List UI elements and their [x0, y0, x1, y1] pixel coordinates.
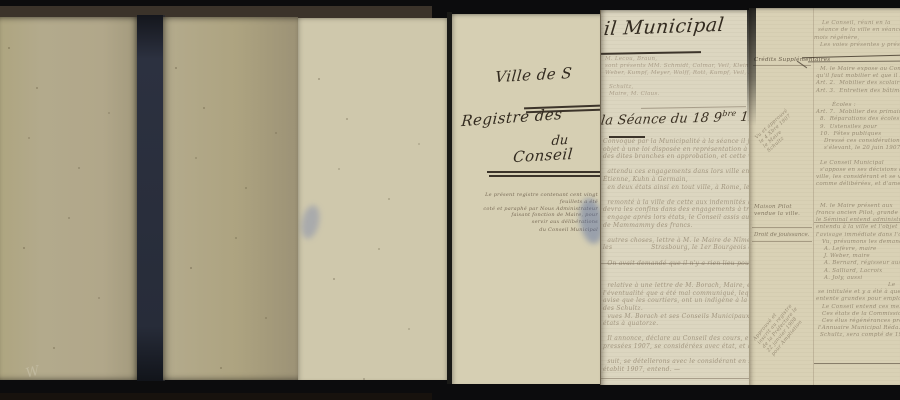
manuscript-line: objet à une loi disposée en représentati…: [603, 146, 749, 154]
manuscript-line: [816, 196, 900, 203]
section-rule: [601, 378, 749, 379]
manuscript-line: états à quatorze.: [603, 320, 749, 328]
manuscript-line: avise que les courtiers, ont un indigène…: [603, 297, 749, 305]
manuscript-line: [816, 188, 900, 195]
manuscript-line: Écoles :: [816, 102, 900, 109]
manuscript-line: A. Lefèvre, maire: [816, 246, 900, 253]
manuscript-line: [603, 252, 749, 260]
manuscript-line: [603, 275, 749, 283]
title-registre-line: Registre des: [461, 105, 563, 130]
margin-note-line: Maison Pilot: [754, 204, 812, 211]
manuscript-line: [603, 328, 749, 336]
manuscript-line: M. le Maire expose au Conseil: [816, 66, 900, 73]
paper-speckles: [8, 47, 10, 49]
manuscript-line: A. Salliard, Lacroix: [816, 268, 900, 275]
title-bottom-rule: [487, 171, 600, 173]
manuscript-line: Art. 2. Mobilier des scolaires: [816, 80, 900, 87]
page-flyleaf: [298, 18, 447, 380]
attendee-line: M. Lecou, Braun,: [605, 56, 747, 63]
seance-superscript: bre: [722, 109, 737, 118]
attendee-line: sont présents MM. Schmidt, Colmar, Veil,…: [605, 63, 747, 70]
manuscript-line: M. le Maire présent aux: [816, 203, 900, 210]
manuscript-line: autres choses, lettre à M. le Maire de N…: [603, 237, 749, 245]
title-bottom-rule: [489, 175, 600, 177]
margin-heading-underline: [753, 65, 811, 66]
manuscript-line: Ces états de la Commission: [816, 311, 900, 318]
minutes-opening-text: Le Conseil, réuni en la séance de la vil…: [810, 20, 900, 50]
title-conseil-line: Conseil: [512, 145, 573, 166]
manuscript-line: Schultz, sera compté de 1908 que.: [816, 332, 900, 339]
manuscript-line: Étienne, Kuhn à Germain,: [603, 176, 749, 184]
manuscript-line: qu'il faut mobilier et que il sera: [816, 73, 900, 80]
manuscript-line: attendu ces engagements dans lors ville …: [603, 168, 749, 176]
cover-scratch-mark: W: [24, 364, 41, 380]
manuscript-line: [603, 267, 749, 275]
diagonal-prefecture-note: Approuvé etinscrit au registrede la Préf…: [752, 298, 808, 357]
minutes-body-text: M. le Maire expose au Conseilqu'il faut …: [816, 66, 900, 340]
paper-speckles: [318, 78, 320, 80]
page-title-leaf: Ville de S Registre des du Conseil Le pr…: [452, 14, 600, 384]
manuscript-line: Art. 3. Entretien des bâtiments: [816, 88, 900, 95]
manuscript-line: comme délibérées, et d'amende: [816, 181, 900, 188]
certification-line: servir aux délibérations: [470, 219, 598, 227]
manuscript-line: l'avisage immédiate dans l'op.: [816, 232, 900, 239]
manuscript-line: Les voies présentes y présence: [810, 42, 900, 49]
manuscript-line: A. Joly, aussi: [816, 275, 900, 282]
manuscript-line: l'éventualité que a été mal communiqué, …: [603, 290, 749, 298]
page-cover-left: W: [0, 17, 137, 380]
certification-line: du Conseil Municipal: [470, 227, 598, 235]
manuscript-line: pressées 1907, se considérées avec état,…: [603, 343, 749, 351]
manuscript-line: s'appose en ses décisions de: [816, 167, 900, 174]
manuscript-line: établit 1907, entend. —: [603, 366, 749, 374]
archive-scan-view: W Ville de S Registre des du Conseil Le …: [0, 0, 900, 400]
closing-rule: [814, 363, 900, 364]
ink-smudge: [299, 204, 323, 241]
manuscript-line: [603, 161, 749, 169]
manuscript-line: [603, 191, 749, 199]
section-rule: [814, 222, 900, 223]
diagonal-approval-note: Vu et approuvéle 4 Xbre 1907le MaireSchu…: [754, 108, 801, 154]
manuscript-line: suit, se détellerons avec le considérant…: [603, 358, 749, 366]
manuscript-line: [603, 351, 749, 359]
manuscript-line: entendu à la ville et l'objet que: [816, 224, 900, 231]
manuscript-line: des Schultz.: [603, 305, 749, 313]
manuscript-line: s'élevant, le 20 juin 1907: [816, 145, 900, 152]
manuscript-line: se intitulée et y a été à quelle Et: [816, 289, 900, 296]
margin-heading-credits: Crédits Supplémentaires: [754, 57, 830, 63]
attendee-line: Maire, M. Claus.: [605, 91, 747, 98]
attendee-line: [605, 77, 747, 84]
attendee-list: M. Lecou, Braun,sont présents MM. Schmid…: [605, 56, 747, 98]
manuscript-line: Il annonce, déclare au Conseil des cours…: [603, 335, 749, 343]
manuscript-line: 8. Réparations des écoles: [816, 116, 900, 123]
manuscript-line: remonté à la ville de cette aux indemnit…: [603, 199, 749, 207]
attendee-line: Weber, Kumpf, Meyer, Wolff, Rott, Kumpf,…: [605, 70, 747, 77]
session-body-text: Convoqué par la Municipalité à la séance…: [603, 138, 749, 373]
manuscript-line: devra les confins dans des engagements à…: [603, 206, 749, 214]
margin-note-rule: [752, 241, 812, 242]
margin-note-droit: Droit de jouissance.: [754, 232, 809, 238]
paper-speckles: [175, 67, 177, 69]
manuscript-line: de Mammammy des francs.: [603, 222, 749, 230]
attendee-line: Schultz,: [605, 84, 747, 91]
manuscript-line: [816, 95, 900, 102]
certification-line: Le présent registre contenant cent vingt…: [470, 192, 598, 206]
page-session: il Municipal M. Lecou, Braun,sont présen…: [600, 10, 749, 385]
manuscript-line: vues M. Borach et ses Conseils Municipau…: [603, 313, 749, 321]
manuscript-line: A. Bernard, régisseur aussi: [816, 260, 900, 267]
manuscript-line: [603, 229, 749, 237]
margin-note-maison: Maison Pilotvendue la ville.: [754, 204, 812, 218]
scan-shadow-wedge: [747, 8, 756, 126]
manuscript-line: engage après lors états, le Conseil assi…: [603, 214, 749, 222]
header-conseil-municipal: il Municipal: [603, 14, 726, 40]
page-minutes: Le Conseil, réuni en la séance de la vil…: [749, 8, 900, 385]
manuscript-line: séance de la ville en séance: [810, 27, 900, 34]
scanner-bottom-band: [0, 393, 432, 400]
header-underline: [601, 51, 701, 55]
margin-note-line: vendue la ville.: [754, 211, 812, 218]
manuscript-line: entente grandes pour emploient: [816, 296, 900, 303]
manuscript-line: en deux états ainsi en tout ville, à Rom…: [603, 184, 749, 192]
manuscript-line: les Strasbourg, le 1er Bourgeois des Ara…: [603, 244, 749, 252]
manuscript-line: Le Conseil entend ces mesures: [816, 304, 900, 311]
manuscript-line: 10. Fêtes publiques: [816, 131, 900, 138]
manuscript-line: relative à une lettre de M. Borach, Mair…: [603, 282, 749, 290]
seance-heading-text: la Séance du 18 9: [600, 110, 723, 128]
margin-note-rule: [752, 227, 812, 228]
manuscript-line: Convoqué par la Municipalité à la séance…: [603, 138, 749, 146]
section-rule: [601, 263, 749, 264]
page-cover-right: [163, 17, 298, 380]
spine-gap: [137, 15, 165, 381]
manuscript-line: [816, 152, 900, 159]
manuscript-line: des dites branches en approbation, et ce…: [603, 153, 749, 161]
title-ville-line: Ville de S: [494, 64, 573, 86]
manuscript-line: 9. Ustensiles pour: [816, 124, 900, 131]
manuscript-line: Le Conseil Municipal: [816, 160, 900, 167]
seance-heading: la Séance du 18 9bre 1907.: [600, 108, 749, 129]
margin-rule: [813, 8, 814, 385]
manuscript-line: Vu, présumons les demandes :: [816, 239, 900, 246]
